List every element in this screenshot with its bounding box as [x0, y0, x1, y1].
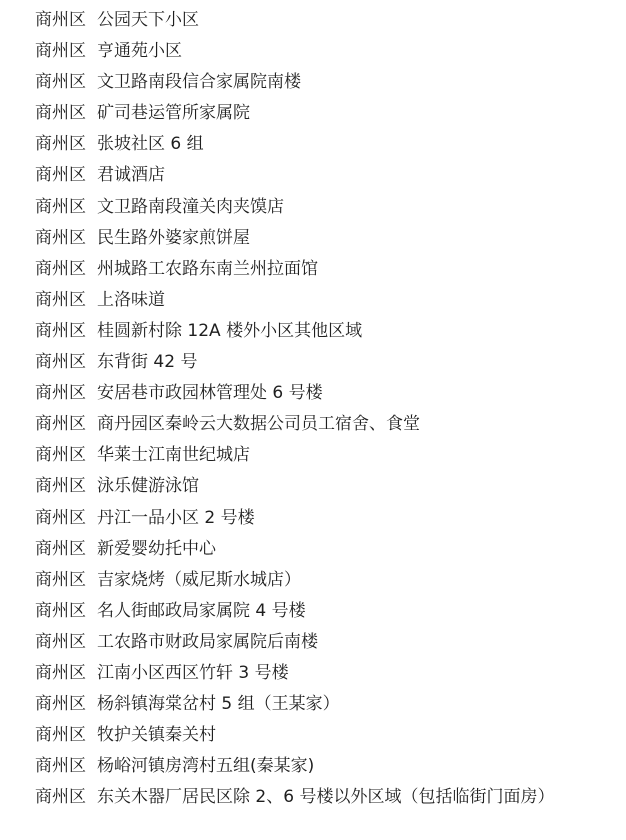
district-label: 商州区	[35, 347, 97, 378]
district-label: 商州区	[35, 782, 97, 813]
list-item: 商州区亨通苑小区	[35, 36, 554, 67]
place-name: 华莱士江南世纪城店	[97, 440, 250, 471]
district-label: 商州区	[35, 751, 97, 782]
place-name: 新爱婴幼托中心	[97, 534, 216, 565]
district-label: 商州区	[35, 627, 97, 658]
district-label: 商州区	[35, 254, 97, 285]
place-name: 民生路外婆家煎饼屋	[97, 223, 250, 254]
list-item: 商州区新爱婴幼托中心	[35, 534, 554, 565]
place-name: 亨通苑小区	[97, 36, 182, 67]
place-name: 丹江一品小区 2 号楼	[97, 503, 255, 534]
place-name: 公园天下小区	[97, 5, 199, 36]
district-label: 商州区	[35, 192, 97, 223]
place-name: 杨峪河镇房湾村五组(秦某家)	[97, 751, 314, 782]
place-name: 文卫路南段信合家属院南楼	[97, 67, 301, 98]
place-name: 矿司巷运管所家属院	[97, 98, 250, 129]
list-item: 商州区工农路市财政局家属院后南楼	[35, 627, 554, 658]
district-label: 商州区	[35, 67, 97, 98]
place-name: 上洛味道	[97, 285, 165, 316]
list-item: 商州区矿司巷运管所家属院	[35, 98, 554, 129]
list-item: 商州区杨斜镇海棠岔村 5 组（王某家）	[35, 689, 554, 720]
district-label: 商州区	[35, 503, 97, 534]
district-label: 商州区	[35, 129, 97, 160]
district-label: 商州区	[35, 440, 97, 471]
district-label: 商州区	[35, 98, 97, 129]
place-name: 州城路工农路东南兰州拉面馆	[97, 254, 318, 285]
district-label: 商州区	[35, 534, 97, 565]
district-label: 商州区	[35, 160, 97, 191]
district-label: 商州区	[35, 658, 97, 689]
list-item: 商州区安居巷市政园林管理处 6 号楼	[35, 378, 554, 409]
list-item: 商州区张坡社区 6 组	[35, 129, 554, 160]
list-item: 商州区泳乐健游泳馆	[35, 471, 554, 502]
list-item: 商州区公园天下小区	[35, 5, 554, 36]
list-item: 商州区华莱士江南世纪城店	[35, 440, 554, 471]
district-label: 商州区	[35, 36, 97, 67]
list-item: 商州区杨峪河镇房湾村五组(秦某家)	[35, 751, 554, 782]
list-item: 商州区江南小区西区竹轩 3 号楼	[35, 658, 554, 689]
district-label: 商州区	[35, 596, 97, 627]
place-name: 安居巷市政园林管理处 6 号楼	[97, 378, 323, 409]
district-label: 商州区	[35, 223, 97, 254]
place-name: 东关木器厂居民区除 2、6 号楼以外区域（包括临街门面房）	[97, 782, 554, 813]
list-item: 商州区东关木器厂居民区除 2、6 号楼以外区域（包括临街门面房）	[35, 782, 554, 813]
district-label: 商州区	[35, 285, 97, 316]
place-name: 牧护关镇秦关村	[97, 720, 216, 751]
place-name: 商丹园区秦岭云大数据公司员工宿舍、食堂	[97, 409, 420, 440]
list-item: 商州区上洛味道	[35, 285, 554, 316]
list-item: 商州区名人街邮政局家属院 4 号楼	[35, 596, 554, 627]
district-label: 商州区	[35, 378, 97, 409]
list-item: 商州区牧护关镇秦关村	[35, 720, 554, 751]
district-label: 商州区	[35, 565, 97, 596]
list-item: 商州区州城路工农路东南兰州拉面馆	[35, 254, 554, 285]
district-label: 商州区	[35, 409, 97, 440]
list-item: 商州区桂圆新村除 12A 楼外小区其他区域	[35, 316, 554, 347]
place-name: 泳乐健游泳馆	[97, 471, 199, 502]
place-name: 东背街 42 号	[97, 347, 197, 378]
list-item: 商州区文卫路南段信合家属院南楼	[35, 67, 554, 98]
list-item: 商州区民生路外婆家煎饼屋	[35, 223, 554, 254]
place-name: 张坡社区 6 组	[97, 129, 204, 160]
place-name: 君诚酒店	[97, 160, 165, 191]
place-name: 名人街邮政局家属院 4 号楼	[97, 596, 306, 627]
list-item: 商州区吉家烧烤（威尼斯水城店）	[35, 565, 554, 596]
list-item: 商州区丹江一品小区 2 号楼	[35, 503, 554, 534]
district-label: 商州区	[35, 5, 97, 36]
place-name: 文卫路南段潼关肉夹馍店	[97, 192, 284, 223]
district-label: 商州区	[35, 316, 97, 347]
place-name: 吉家烧烤（威尼斯水城店）	[97, 565, 301, 596]
list-item: 商州区君诚酒店	[35, 160, 554, 191]
list-item: 商州区文卫路南段潼关肉夹馍店	[35, 192, 554, 223]
place-name: 杨斜镇海棠岔村 5 组（王某家）	[97, 689, 340, 720]
location-list: 商州区公园天下小区 商州区亨通苑小区 商州区文卫路南段信合家属院南楼 商州区矿司…	[35, 5, 554, 813]
place-name: 江南小区西区竹轩 3 号楼	[97, 658, 289, 689]
place-name: 工农路市财政局家属院后南楼	[97, 627, 318, 658]
list-item: 商州区东背街 42 号	[35, 347, 554, 378]
district-label: 商州区	[35, 471, 97, 502]
district-label: 商州区	[35, 689, 97, 720]
district-label: 商州区	[35, 720, 97, 751]
list-item: 商州区商丹园区秦岭云大数据公司员工宿舍、食堂	[35, 409, 554, 440]
place-name: 桂圆新村除 12A 楼外小区其他区域	[97, 316, 362, 347]
